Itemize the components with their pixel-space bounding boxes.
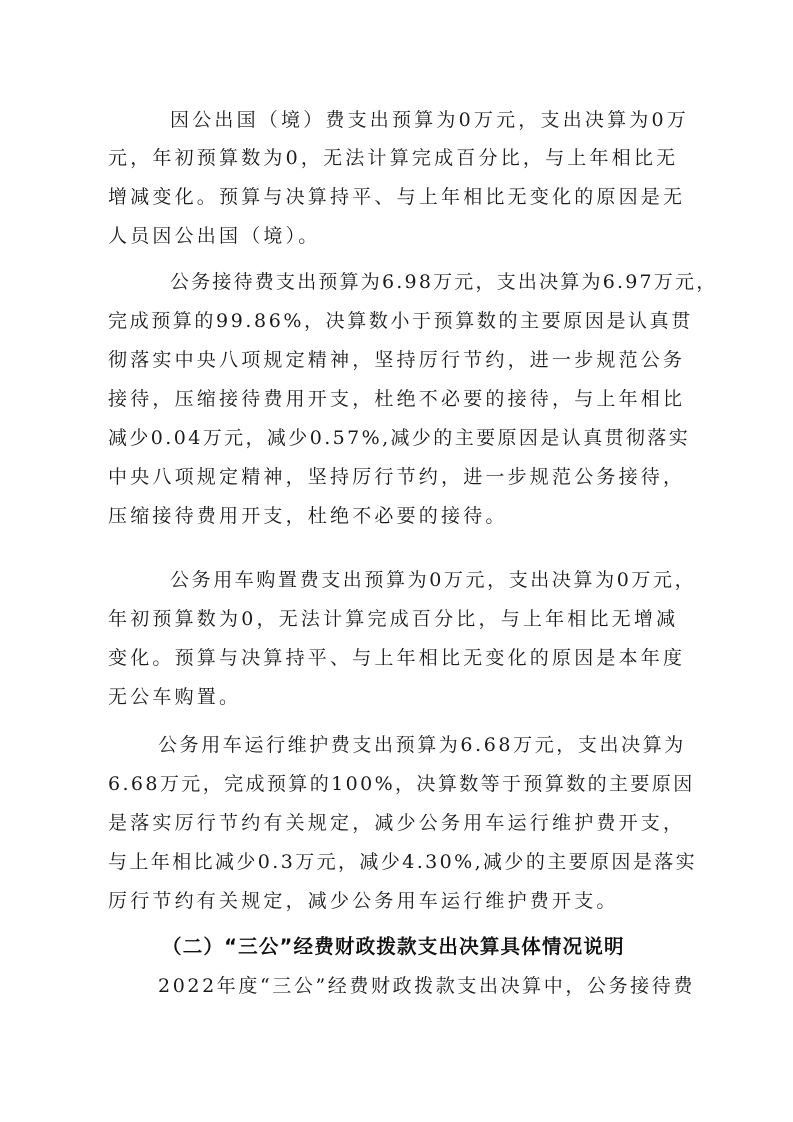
text-line: 厉行节约有关规定，减少公务用车运行维护费开支。 (108, 889, 619, 913)
text-line: 公务用车运行维护费支出预算为6.68万元，支出决算为 (158, 733, 686, 757)
section-heading: （二）“三公”经费财政拨款支出决算具体情况说明 (162, 935, 625, 959)
text-line: 2022年度“三公”经费财政拨款支出决算中，公务接待费 (158, 974, 695, 998)
text-line: 因公出国（境）费支出预算为0万元，支出决算为0万 (170, 108, 689, 132)
text-line: 公务用车购置费支出预算为0万元，支出决算为0万元， (170, 568, 696, 592)
text-line: 完成预算的99.86%，决算数小于预算数的主要原因是认真贯 (108, 309, 693, 333)
text-line: 6.68万元，完成预算的100%，决算数等于预算数的主要原因 (108, 772, 695, 796)
text-line: 公务接待费支出预算为6.98万元，支出决算为6.97万元， (170, 270, 717, 294)
text-line: 接待，压缩接待费用开支，杜绝不必要的接待，与上年相比 (108, 387, 685, 411)
text-line: 变化。预算与决算持平、与上年相比无变化的原因是本年度 (108, 646, 685, 670)
text-line: 与上年相比减少0.3万元，减少4.30%,减少的主要原因是落实 (108, 850, 697, 874)
text-line: 增减变化。预算与决算持平、与上年相比无变化的原因是无 (108, 185, 685, 209)
text-line: 年初预算数为0，无法计算完成百分比，与上年相比无增减 (108, 607, 678, 631)
text-line: 中央八项规定精神，坚持厉行节约，进一步规范公务接待， (108, 465, 685, 489)
text-line: 压缩接待费用开支，杜绝不必要的接待。 (108, 504, 508, 528)
text-line: 元，年初预算数为0，无法计算完成百分比，与上年相比无 (108, 146, 678, 170)
text-line: 无公车购置。 (108, 685, 241, 709)
text-line: 人员因公出国（境）。 (108, 224, 321, 248)
document-page: 因公出国（境）费支出预算为0万元，支出决算为0万 元，年初预算数为0，无法计算完… (0, 0, 793, 1122)
text-line: 减少0.04万元，减少0.57%,减少的主要原因是认真贯彻落实 (108, 426, 690, 450)
text-line: 是落实厉行节约有关规定，减少公务用车运行维护费开支， (108, 811, 685, 835)
text-line: 彻落实中央八项规定精神，坚持厉行节约，进一步规范公务 (108, 348, 685, 372)
